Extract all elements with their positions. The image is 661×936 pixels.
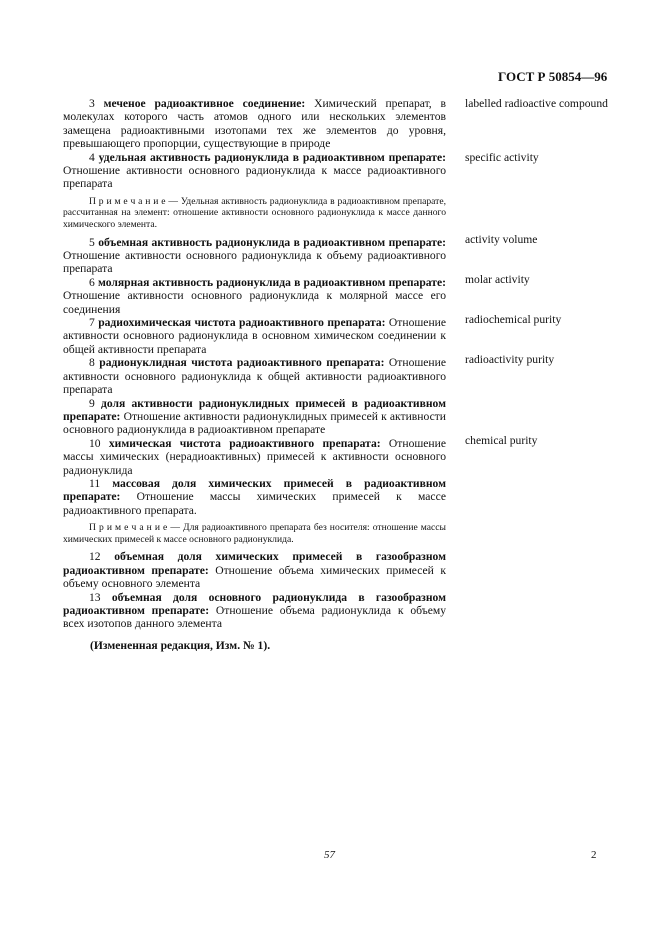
standard-code-header: ГОСТ Р 50854—96 xyxy=(498,69,607,85)
term-definition: Отношение активности основного радионукл… xyxy=(63,164,446,190)
english-term-5: activity volume xyxy=(465,233,615,246)
sheet-number: 2 xyxy=(591,849,597,861)
term-number: 7 xyxy=(89,316,95,329)
term-title: радиохимическая чистота радиоактивного п… xyxy=(98,316,385,329)
term-9: 9 доля активности радионуклидных примесе… xyxy=(63,397,446,437)
term-number: 11 xyxy=(89,477,100,490)
term-number: 6 xyxy=(89,276,95,289)
english-term-8: radioactivity purity xyxy=(465,353,615,366)
term-5: 5 объемная активность радионуклида в рад… xyxy=(63,236,446,276)
term-13: 13 объемная доля основного радионуклида … xyxy=(63,591,446,631)
note-label: П р и м е ч а н и е xyxy=(89,196,166,207)
term-definition: Отношение массы химических примесей к ма… xyxy=(63,490,446,516)
term-number: 10 xyxy=(89,437,101,450)
english-term-7: radiochemical purity xyxy=(465,313,615,326)
term-3: 3 меченое радиоактивное соединение: Хими… xyxy=(63,97,446,151)
term-title: радионуклидная чистота радиоактивного пр… xyxy=(99,356,384,369)
term-definition: Отношение активности радионуклидных прим… xyxy=(63,410,446,436)
term-8: 8 радионуклидная чистота радиоактивного … xyxy=(63,356,446,396)
term-definition: Отношение активности основного радионукл… xyxy=(63,249,446,275)
note-term-11: П р и м е ч а н и е — Для радиоактивного… xyxy=(63,522,446,545)
term-number: 12 xyxy=(89,550,101,563)
term-definition: Отношение активности основного радионукл… xyxy=(63,289,446,315)
term-number: 13 xyxy=(89,591,101,604)
term-title: объемная активность радионуклида в радио… xyxy=(98,236,446,249)
note-label: П р и м е ч а н и е xyxy=(89,522,167,533)
term-title: удельная активность радионуклида в радио… xyxy=(99,151,446,164)
english-term-4: specific activity xyxy=(465,151,615,164)
term-6: 6 молярная активность радионуклида в рад… xyxy=(63,276,446,316)
amendment-note: (Измененная редакция, Изм. № 1). xyxy=(90,639,270,652)
english-term-3: labelled radioactive compound xyxy=(465,97,615,110)
term-number: 4 xyxy=(89,151,95,164)
term-10: 10 химическая чистота радиоактивного пре… xyxy=(63,437,446,477)
note-term-4: П р и м е ч а н и е — Удельная активност… xyxy=(63,196,446,231)
page-number: 57 xyxy=(324,849,335,861)
english-term-6: molar activity xyxy=(465,273,615,286)
term-number: 3 xyxy=(89,97,95,110)
term-number: 9 xyxy=(89,397,95,410)
term-11: 11 массовая доля химических примесей в р… xyxy=(63,477,446,517)
term-title: меченое радиоактивное соединение: xyxy=(104,97,306,110)
term-7: 7 радиохимическая чистота радиоактивного… xyxy=(63,316,446,356)
terms-body: 3 меченое радиоактивное соединение: Хими… xyxy=(63,97,446,631)
term-number: 5 xyxy=(89,236,95,249)
term-title: молярная активность радионуклида в радио… xyxy=(98,276,446,289)
term-12: 12 объемная доля химических примесей в г… xyxy=(63,550,446,590)
term-title: химическая чистота радиоактивного препар… xyxy=(109,437,381,450)
term-number: 8 xyxy=(89,356,95,369)
english-term-10: chemical purity xyxy=(465,434,615,447)
term-4: 4 удельная активность радионуклида в рад… xyxy=(63,151,446,191)
